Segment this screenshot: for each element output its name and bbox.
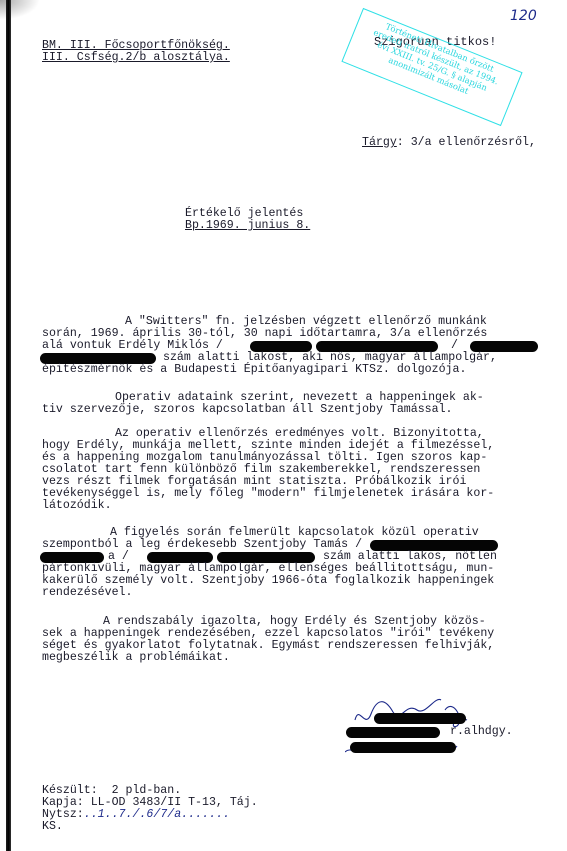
nytsz-value: ..1..7./.6/7/a....... [84,808,230,821]
p2-line-2: tiv szervezője, szoros kapcsolatban áll … [42,404,453,416]
report-date: Bp.1969. junius 8. [185,220,310,232]
p4-line-7: rendezésével. [42,587,132,599]
redaction [350,742,456,753]
page-number: 120 [510,8,537,24]
p3-line-7: látozódik. [42,500,112,512]
subject-line: Tárgy: 3/a ellenőrzésről, [362,137,536,149]
subject-text: : 3/a ellenőrzésről, [397,136,536,149]
subject-label: Tárgy [362,136,397,149]
footer-nytsz: Nytsz:..1..7./.6/7/a....... [42,809,230,821]
redaction [346,727,440,738]
p5-line-4: megbeszélik a problémáikat. [42,652,230,664]
binding-edge [6,0,11,851]
footer-ks: KS. [42,821,63,833]
p1-line-5: épitészmérnök és a Budapesti Épitőanyagi… [42,364,466,376]
archive-stamp: Történeti Hivatalban őrzött eredeti irat… [341,8,522,126]
header-line-2: III. Csfség.2/b alosztálya. [42,52,230,64]
document-page: 120 BM. III. Főcsoportfőnökség. III. Csf… [0,0,567,851]
signature-rank: r.alhdgy. [450,726,513,738]
redaction [374,713,466,724]
p4-line-2: szempontból a leg érdekesebb Szentjoby T… [42,539,362,551]
